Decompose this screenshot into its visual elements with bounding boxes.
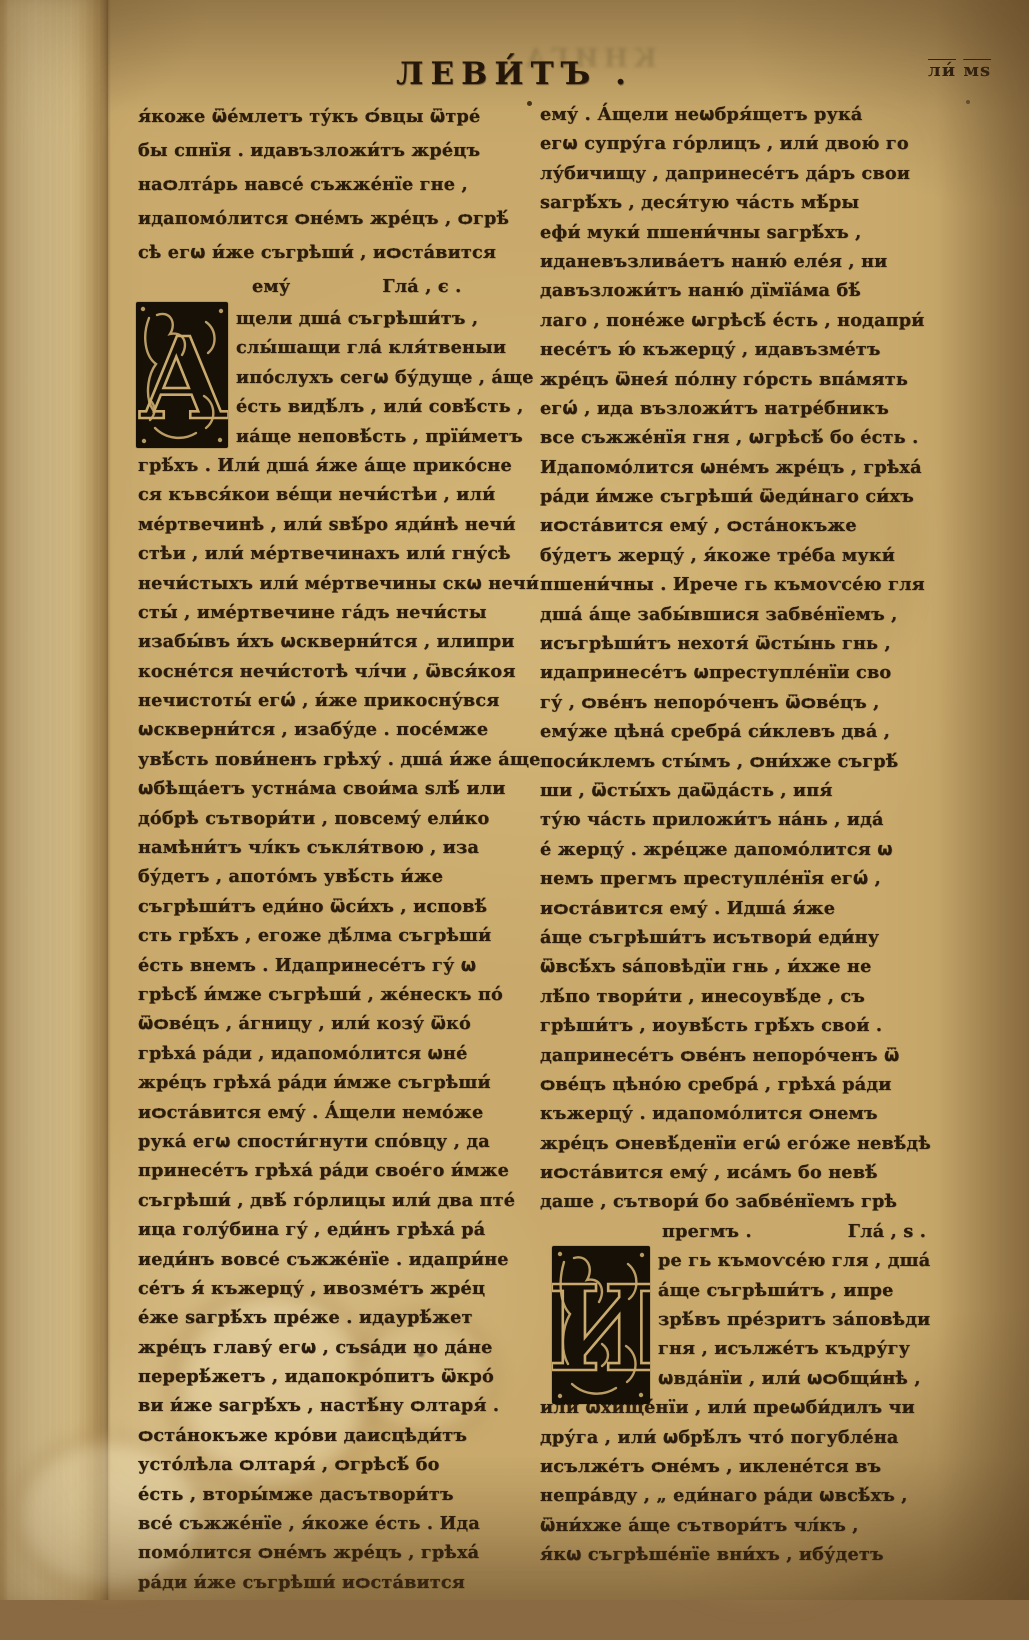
text-line: иѻста́вится ему́ . Идша́ я́же (540, 894, 942, 923)
text-line: Идапомо́лится ѡне́мъ жре́цъ , грѣха́ (540, 453, 942, 482)
text-line: все́ съжже́нїе , я́коже е́сть . Ида (138, 1509, 540, 1538)
chapter-number-label: Гла́ , ѕ . (848, 1217, 926, 1246)
text-line: идапомо́лится ѻне́мъ жре́цъ , ѻгрѣ́ (138, 202, 540, 236)
page-crease (104, 0, 111, 1600)
text-line: грѣсѣ́ и́мже съгрѣши́ , же́нескъ по́ (138, 980, 540, 1009)
text-line: я́кѡ съгрѣше́нїе вни́хъ , ибу́детъ (540, 1540, 942, 1569)
text-line: ему́ . А́щели неѡбря́щетъ рука́ (540, 100, 942, 129)
text-line: ѿни́хже а́ще сътвори́тъ чл́къ , (540, 1511, 942, 1540)
text-line: грѣха́ ра́ди , идапомо́лится ѡне́ (138, 1039, 540, 1068)
text-line: грѣ́хъ . Или́ дша́ я́же а́ще прико́сне (138, 451, 540, 480)
text-line: е́ жерцу́ . жре́цже дапомо́лится ѡ (540, 835, 942, 864)
text-line: исълже́тъ ѻне́мъ , иклене́тся въ (540, 1452, 942, 1481)
text-line: дша́ а́ще забы́вшися забве́нїемъ , (540, 600, 942, 629)
text-line: принесе́тъ грѣха́ ра́ди свое́го и́мже (138, 1156, 540, 1185)
chapter-heading-line: прегмъ .Гла́ , ѕ . (540, 1217, 942, 1246)
text-line: ица голу́бина гу́ , еди́нъ грѣха́ ра́ (138, 1215, 540, 1244)
ink-speck (527, 101, 532, 106)
chapter-heading-line: ему́Гла́ , є . (138, 270, 540, 304)
chapter-lead-text: прегмъ . (662, 1217, 752, 1246)
text-line: ся къвся́кои ве́щи нечи́стѣи , или́ (138, 480, 540, 509)
running-title: ЛЕВИ́ТЪ . (0, 56, 1029, 92)
text-line: ѡбѣща́етъ устна́ма свои́ма ѕлѣ́ или (138, 774, 540, 803)
text-line: ему́же цѣна́ сребра́ си́клевъ два́ , (540, 717, 942, 746)
text-line: я́коже ѿе́млетъ ту́къ ѻ́вцы ѿтре́ (138, 100, 540, 134)
text-line: сты́ , име́ртвечине га́дъ нечи́сты (138, 598, 540, 627)
text-line: дру́га , или́ ѡбрѣ́лъ что́ погубле́на (540, 1423, 942, 1452)
folio-leaf-label: ли́ (928, 60, 956, 81)
text-line: ви и́же ѕагрѣ́хъ , настѣ́ну ѻлтаря́ . (138, 1391, 540, 1420)
text-line: лаго , поне́же ѡгрѣсѣ́ е́сть , нодапри́ (540, 306, 942, 335)
text-line: ра́ди и́же съгрѣши́ иѻста́вится (138, 1568, 540, 1597)
text-line: дапринесе́тъ ѻве́нъ непоро́ченъ ѿ (540, 1041, 942, 1070)
text-line: давъзложи́тъ наню́ дїмїа́ма бѣ́ (540, 276, 942, 305)
text-line: непра́вду , „ еди́наго ра́ди ѡвсѣ́хъ , (540, 1481, 942, 1510)
book-page: КНИГА ЛЕВИ́ТЪ . ли́ мѕ я́коже ѿе́млетъ т… (0, 0, 1029, 1600)
text-line: жре́цъ ѻневѣ́денїи егѡ́ его́же невѣ́дѣ (540, 1129, 942, 1158)
woodcut-initial-a: А (136, 302, 228, 448)
text-line: грѣши́тъ , иоувѣ́сть грѣ́хъ свои́ . (540, 1011, 942, 1040)
folio-leaf-value: мѕ (963, 60, 991, 81)
text-line: бу́детъ , апото́мъ увѣ́сть и́же (138, 862, 540, 891)
text-line: а́ще съгрѣши́тъ исътвори́ еди́ну (540, 923, 942, 952)
text-line: иѻста́вится ему́ . А́щели немо́же (138, 1098, 540, 1127)
text-line: ра́ди и́мже съгрѣши́ ѿеди́наго си́хъ (540, 482, 942, 511)
text-line: е́сть , вторы́мже дасътвори́тъ (138, 1480, 540, 1509)
text-line: къжерцу́ . идапомо́лится ѻнемъ (540, 1099, 942, 1128)
initial-letter: И (552, 1259, 650, 1398)
text-line: ѿѻве́цъ , а́гницу , или́ козу́ ѿко́ (138, 1009, 540, 1038)
text-line: исъгрѣши́тъ нехотя́ ѿсты́нь гнь , (540, 629, 942, 658)
text-line: сть грѣ́хъ , егоже дѣ́лма съгрѣши́ (138, 921, 540, 950)
text-line: лѣ́по твори́ти , инесоувѣ́де , съ (540, 982, 942, 1011)
text-line: гу́ , ѻве́нъ непоро́ченъ ѿѻве́цъ , (540, 688, 942, 717)
text-line: ѻста́нокъже кро́ви даисцѣди́тъ (138, 1421, 540, 1450)
chapter-number-label: Гла́ , є . (382, 270, 461, 304)
text-line: помо́лится ѻне́мъ жре́цъ , грѣха́ (138, 1538, 540, 1567)
text-line: ши , ѿсты́хъ даѿда́сть , ипя́ (540, 776, 942, 805)
text-line: немъ прегмъ преступле́нїя егѡ́ , (540, 864, 942, 893)
text-line: до́брѣ сътвори́ти , повсему́ ели́ко (138, 804, 540, 833)
text-line: иѻста́вится ему́ , иса́мъ бо невѣ́ (540, 1158, 942, 1187)
text-line: иданевъзлива́етъ наню́ еле́я , ни (540, 247, 942, 276)
page-edge (0, 0, 108, 1600)
text-line: стѣи , или́ ме́ртвечинахъ или́ гну́сѣ (138, 539, 540, 568)
text-line: се́тъ я́ къжерцу́ , ивозме́тъ жре́ц (138, 1274, 540, 1303)
text-line: ѕагрѣ́хъ , деся́тую ча́сть мѣ́ры (540, 188, 942, 217)
text-line: ѿвсѣ́хъ ѕа́повѣдїи гнь , и́хже не (540, 952, 942, 981)
text-line: поси́клемъ сты́мъ , ѻни́хже съгрѣ́ (540, 747, 942, 776)
text-line: ѻве́цъ цѣно́ю сребра́ , грѣха́ ра́ди (540, 1070, 942, 1099)
text-line: жре́цъ главу́ егѡ , съѕа́ди но да́не (138, 1333, 540, 1362)
text-line: косне́тся нечи́стотѣ чл́чи , ѿвся́коя (138, 657, 540, 686)
text-line: лу́бичищу , дапринесе́тъ да́ръ свои (540, 159, 942, 188)
text-line: намѣни́тъ чл́къ съкля́твою , иза (138, 833, 540, 862)
text-line: нечистоты́ егѡ́ , и́же прикосну́вся (138, 686, 540, 715)
text-line: съгрѣши́ , двѣ́ го́рлицы или́ два пте́ (138, 1186, 540, 1215)
folio-number: ли́ мѕ (928, 60, 991, 81)
text-line: усто́лѣла ѻлтаря́ , ѻгрѣсѣ́ бо (138, 1450, 540, 1479)
ink-speck (418, 1352, 424, 1357)
text-line: егѡ́ , ида възложи́тъ натре́бникъ (540, 394, 942, 423)
ink-speck (966, 100, 970, 104)
text-line: ефи́ муки́ пшени́чны ѕагрѣ́хъ , (540, 218, 942, 247)
text-line: егѡ супру́га го́рлицъ , или́ двою́ го (540, 129, 942, 158)
text-line: сѣ егѡ и́же съгрѣши́ , иѻста́вится (138, 236, 540, 270)
text-line: жре́цъ ѿнея́ по́лну го́рсть впа́мять (540, 365, 942, 394)
text-line: рука́ егѡ спости́гнути спо́вцу , да (138, 1127, 540, 1156)
chapter-lead-text: ему́ (252, 270, 290, 304)
text-line: жре́цъ грѣха́ ра́ди и́мже съгрѣши́ (138, 1068, 540, 1097)
text-line: все съжже́нїя гня , ѡгрѣсѣ́ бо е́сть . (540, 423, 942, 452)
text-line: даше , сътвори́ бо забве́нїемъ грѣ (540, 1187, 942, 1216)
text-line: е́же ѕагрѣ́хъ пре́же . идаурѣ́жет (138, 1303, 540, 1332)
text-line: ме́ртвечинѣ , или́ ѕвѣ́ро яди́нѣ нечи́ (138, 510, 540, 539)
text-line: идапринесе́тъ ѡпреступле́нїи сво (540, 658, 942, 687)
text-line: ѡскверни́тся , изабу́де . посе́мже (138, 715, 540, 744)
text-line: иѻста́вится ему́ , ѻста́нокъже (540, 511, 942, 540)
text-line: бу́детъ жерцу́ , я́коже тре́ба муки́ (540, 541, 942, 570)
text-line: бы спнїя . идавъзложи́тъ жре́цъ (138, 134, 540, 168)
text-line: нечи́стыхъ или́ ме́ртвечины скѡ нечи́ (138, 569, 540, 598)
text-line: ту́ю ча́сть приложи́тъ на́нь , ида́ (540, 805, 942, 834)
text-line: наѻлта́рь навсе́ съжже́нїе гне , (138, 168, 540, 202)
text-line: съгрѣши́тъ еди́но ѿси́хъ , исповѣ́ (138, 892, 540, 921)
text-line: е́сть внемъ . Идапринесе́тъ гу́ ѡ (138, 951, 540, 980)
text-line: изабы́въ и́хъ ѡскверни́тся , илипри (138, 627, 540, 656)
text-line: несе́тъ ю́ къжерцу́ , идавъзме́тъ (540, 335, 942, 364)
text-line: пшени́чны . Ирече гь къмоѵсе́ю гля (540, 570, 942, 599)
text-line: увѣ́сть пови́ненъ грѣху́ . дша́ и́же а́щ… (138, 745, 540, 774)
woodcut-initial-i: И (552, 1246, 650, 1404)
text-line: перерѣ́жетъ , идапокро́питъ ѿкро́ (138, 1362, 540, 1391)
text-line: иеди́нъ вовсе́ съжже́нїе . идапри́не (138, 1245, 540, 1274)
initial-letter: А (138, 314, 228, 445)
